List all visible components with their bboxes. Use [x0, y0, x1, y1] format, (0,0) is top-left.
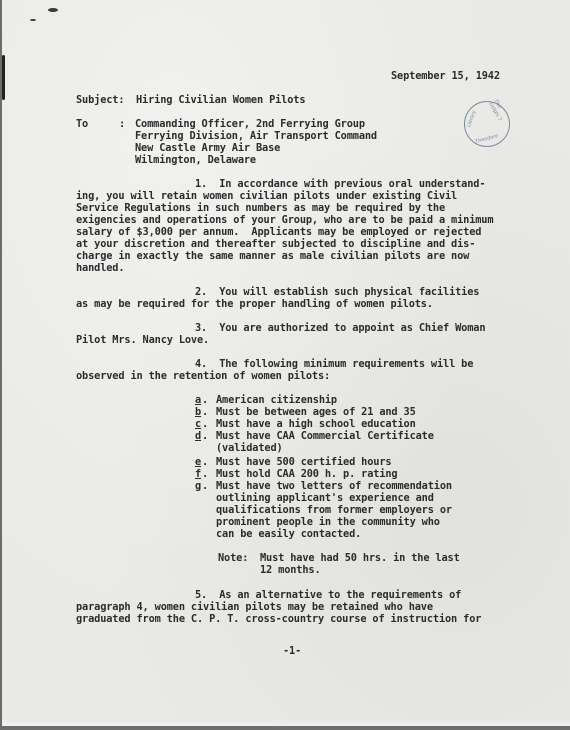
- address-line: Commanding Officer, 2nd Ferrying Group: [135, 118, 365, 130]
- subject-text: Hiring Civilian Women Pilots: [136, 94, 305, 106]
- requirement-text: (validated): [216, 442, 283, 454]
- note-text: 12 months.: [260, 564, 321, 576]
- paragraph-line: 1. In accordance with previous oral unde…: [195, 178, 485, 190]
- paragraph-line: as may be required for the proper handli…: [76, 298, 433, 310]
- requirement-text: Must be between ages of 21 and 35: [216, 406, 416, 418]
- requirement-label: g: [195, 480, 201, 492]
- library-stamp: The Delphi ? Library Theodore: [464, 101, 510, 147]
- requirement-text: qualifications from former employers or: [216, 504, 452, 516]
- paragraph-line: exigencies and operations of your Group,…: [76, 214, 493, 226]
- paragraph-line: graduated from the C. P. T. cross-countr…: [76, 613, 481, 625]
- requirement-text: Must have a high school education: [216, 418, 416, 430]
- note-label: Note:: [218, 552, 248, 564]
- requirement-label: a: [195, 394, 201, 406]
- paragraph-line: 2. You will establish such physical faci…: [195, 286, 479, 298]
- requirement-text: American citizenship: [216, 394, 337, 406]
- address-line: Wilmington, Delaware: [135, 154, 256, 166]
- document-page: September 15, 1942 Subject: Hiring Civil…: [2, 0, 570, 726]
- requirement-label: c: [195, 418, 201, 430]
- paragraph-line: at your discretion and thereafter subjec…: [76, 238, 475, 250]
- letter-date: September 15, 1942: [391, 70, 500, 82]
- requirement-text: Must have two letters of recommendation: [216, 480, 452, 492]
- scan-background: [0, 726, 570, 730]
- requirement-label: d: [195, 430, 201, 442]
- paragraph-line: ing, you will retain women civilian pilo…: [76, 190, 457, 202]
- requirement-text: Must hold CAA 200 h. p. rating: [216, 468, 397, 480]
- stamp-text-bottom: Theodore: [475, 133, 499, 145]
- subject-label: Subject:: [76, 94, 124, 106]
- paragraph-line: paragraph 4, women civilian pilots may b…: [76, 601, 433, 613]
- ink-smudge: [48, 8, 58, 12]
- stamp-text-left: Library: [466, 110, 478, 128]
- requirement-text: Must have 500 certified hours: [216, 456, 391, 468]
- paragraph-line: salary of $3,000 per annum. Applicants m…: [76, 226, 481, 238]
- requirement-label: b: [195, 406, 201, 418]
- address-line: New Castle Army Air Base: [135, 142, 280, 154]
- paragraph-line: observed in the retention of women pilot…: [76, 370, 330, 382]
- paragraph-line: 5. As an alternative to the requirements…: [195, 589, 461, 601]
- to-label: To: [76, 118, 88, 130]
- paragraph-line: handled.: [76, 262, 124, 274]
- to-colon: :: [119, 118, 125, 130]
- paragraph-line: 4. The following minimum requirements wi…: [195, 358, 473, 370]
- paragraph-line: charge in exactly the same manner as mal…: [76, 250, 469, 262]
- address-line: Ferrying Division, Air Transport Command: [135, 130, 377, 142]
- paragraph-line: Service Regulations in such numbers as m…: [76, 202, 445, 214]
- requirement-text: prominent people in the community who: [216, 516, 440, 528]
- paragraph-line: Pilot Mrs. Nancy Love.: [76, 334, 209, 346]
- requirement-text: Must have CAA Commercial Certificate: [216, 430, 434, 442]
- stamp-text-top: The Delphi ?: [487, 98, 508, 123]
- note-text: Must have had 50 hrs. in the last: [260, 552, 460, 564]
- page-edge-shadow: [2, 55, 5, 100]
- requirement-text: can be easily contacted.: [216, 528, 361, 540]
- requirement-label: f: [195, 468, 201, 480]
- ink-smudge: [30, 19, 36, 21]
- requirement-label: e: [195, 456, 201, 468]
- page-number: -1-: [283, 645, 301, 657]
- paragraph-line: 3. You are authorized to appoint as Chie…: [195, 322, 485, 334]
- requirement-text: outlining applicant's experience and: [216, 492, 434, 504]
